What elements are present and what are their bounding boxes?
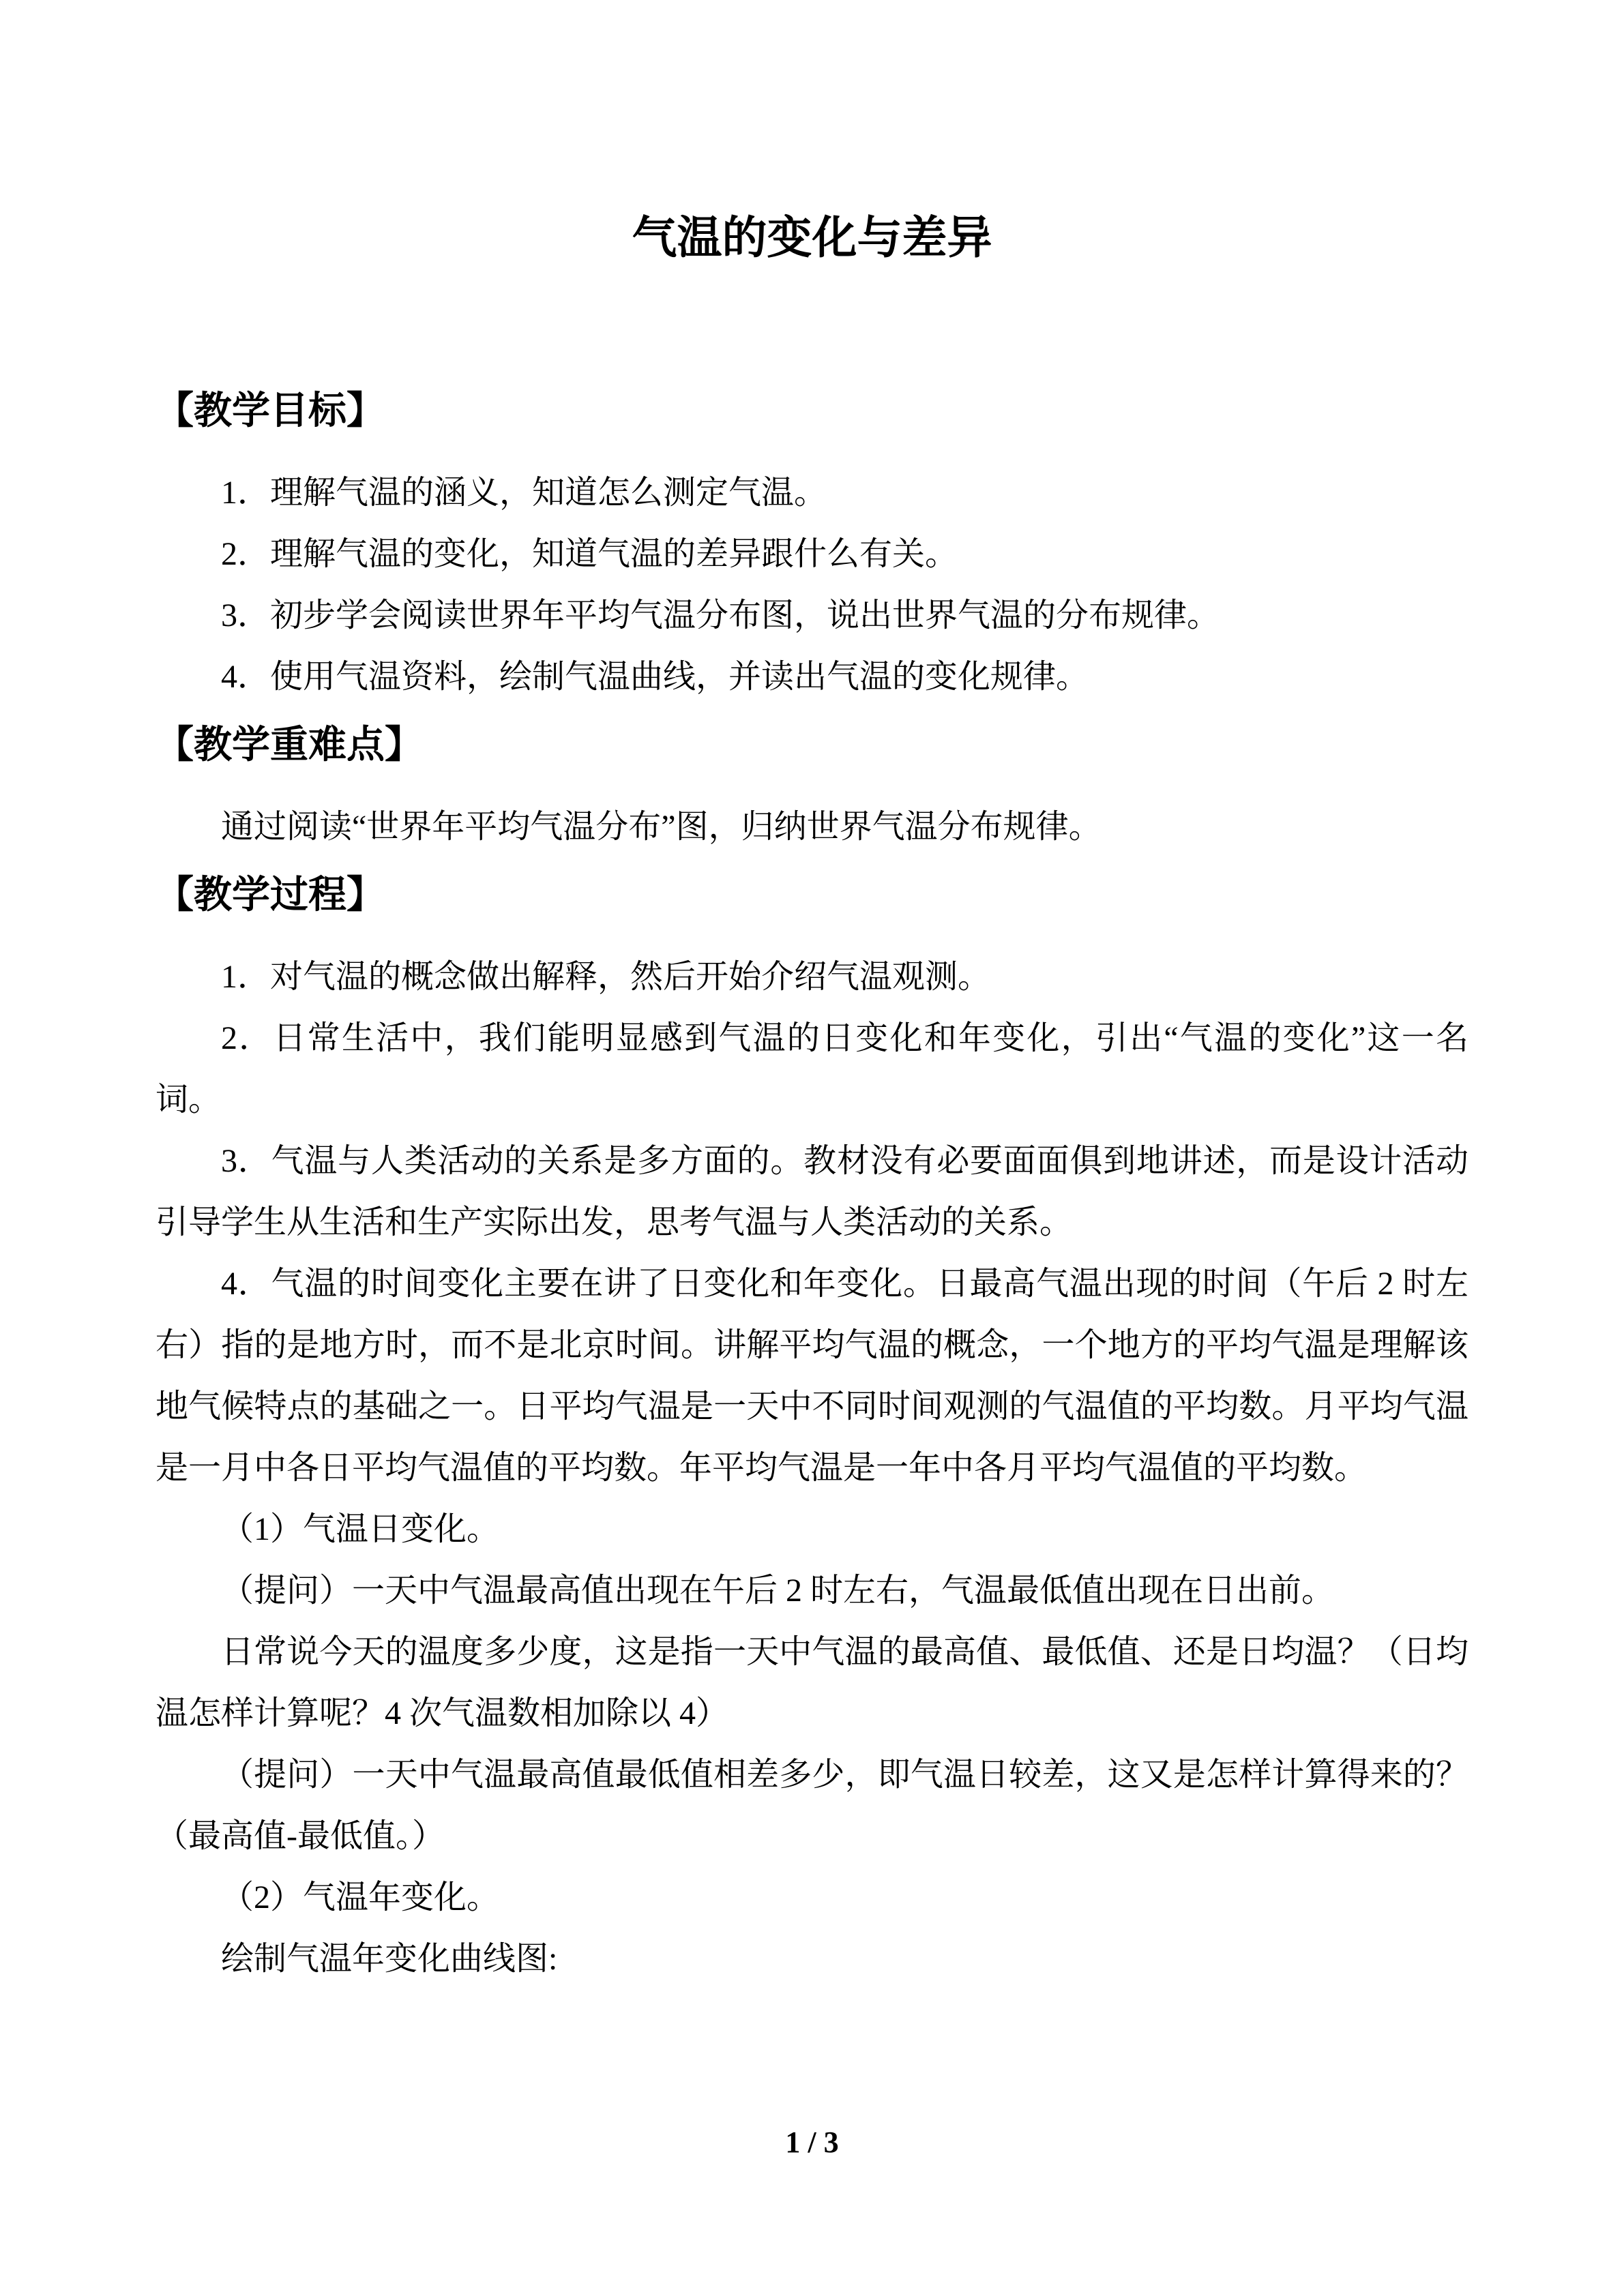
paragraph: 1．理解气温的涵义，知道怎么测定气温。 bbox=[156, 462, 1468, 524]
document-title: 气温的变化与差异 bbox=[156, 211, 1468, 266]
paragraph: （提问）一天中气温最高值出现在午后 2 时左右，气温最低值出现在日出前。 bbox=[156, 1560, 1468, 1622]
paragraph: 通过阅读“世界年平均气温分布”图，归纳世界气温分布规律。 bbox=[156, 796, 1468, 858]
paragraph: 4．使用气温资料，绘制气温曲线，并读出气温的变化规律。 bbox=[156, 646, 1468, 708]
page-number: 1 / 3 bbox=[0, 2122, 1624, 2163]
section-heading: 【教学目标】 bbox=[156, 381, 1468, 442]
paragraph: （2）气温年变化。 bbox=[156, 1867, 1468, 1928]
paragraph: 2．理解气温的变化，知道气温的差异跟什么有关。 bbox=[156, 524, 1468, 585]
paragraph: 2．日常生活中，我们能明显感到气温的日变化和年变化，引出“气温的变化”这一名词。 bbox=[156, 1008, 1468, 1131]
section-heading: 【教学过程】 bbox=[156, 865, 1468, 926]
paragraph: 日常说今天的温度多少度，这是指一天中气温的最高值、最低值、还是日均温？（日均温怎… bbox=[156, 1622, 1468, 1744]
document-page: 气温的变化与差异 【教学目标】1．理解气温的涵义，知道怎么测定气温。2．理解气温… bbox=[0, 0, 1624, 2296]
paragraph: 3．初步学会阅读世界年平均气温分布图，说出世界气温的分布规律。 bbox=[156, 585, 1468, 646]
document-body: 【教学目标】1．理解气温的涵义，知道怎么测定气温。2．理解气温的变化，知道气温的… bbox=[156, 381, 1468, 1990]
paragraph: 1．对气温的概念做出解释，然后开始介绍气温观测。 bbox=[156, 946, 1468, 1008]
paragraph: （提问）一天中气温最高值最低值相差多少，即气温日较差，这又是怎样计算得来的？（最… bbox=[156, 1744, 1468, 1867]
document-content: 气温的变化与差异 【教学目标】1．理解气温的涵义，知道怎么测定气温。2．理解气温… bbox=[156, 211, 1468, 1990]
paragraph: 4．气温的时间变化主要在讲了日变化和年变化。日最高气温出现的时间（午后 2 时左… bbox=[156, 1253, 1468, 1499]
paragraph: 3．气温与人类活动的关系是多方面的。教材没有必要面面俱到地讲述，而是设计活动引导… bbox=[156, 1131, 1468, 1253]
paragraph: （1）气温日变化。 bbox=[156, 1499, 1468, 1560]
paragraph: 绘制气温年变化曲线图: bbox=[156, 1928, 1468, 1990]
section-heading: 【教学重难点】 bbox=[156, 715, 1468, 776]
